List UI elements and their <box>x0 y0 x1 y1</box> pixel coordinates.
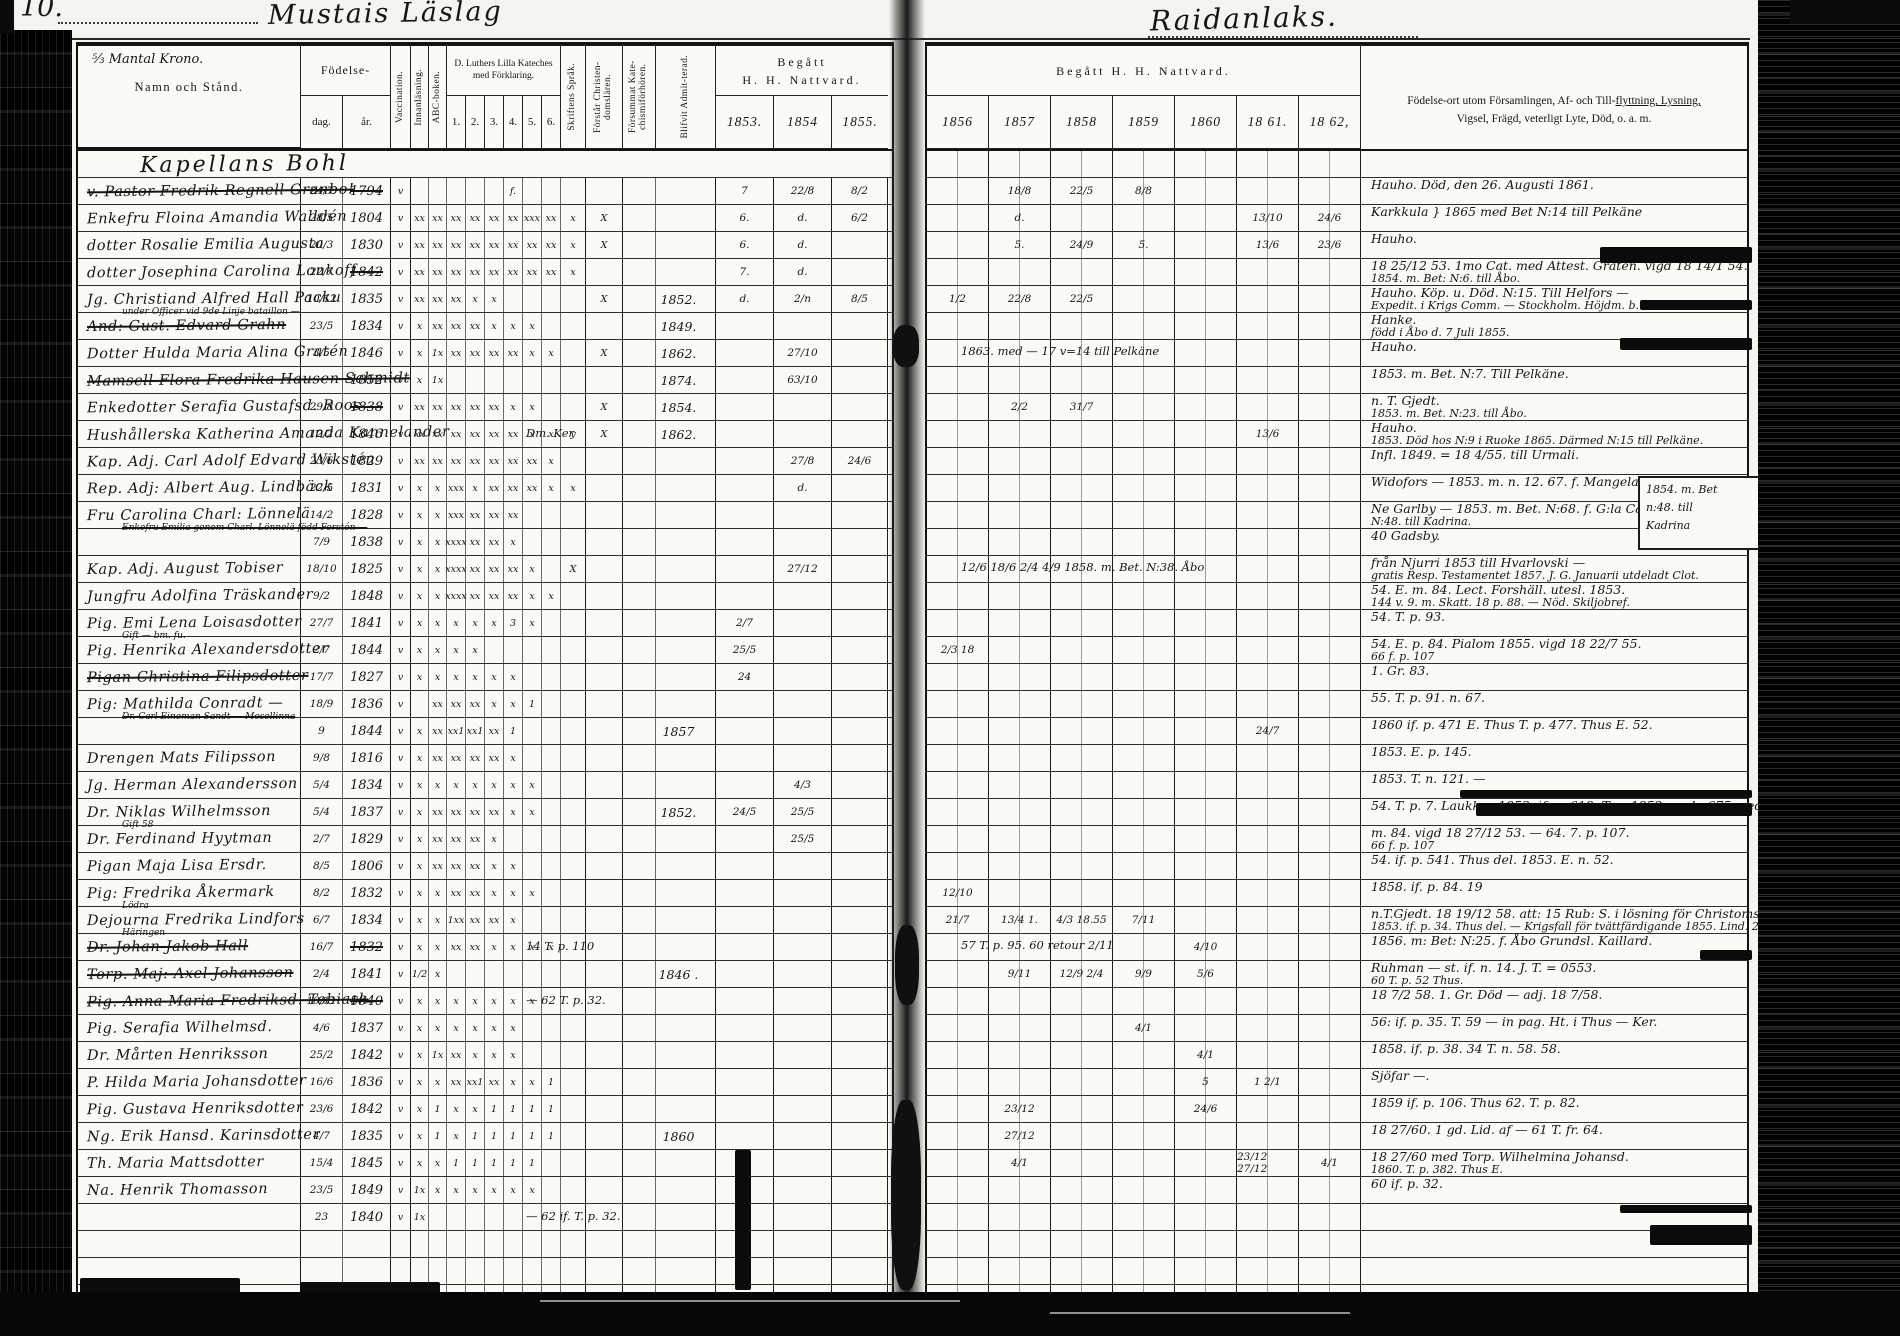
communion-cell-18510 <box>1175 1231 1237 1257</box>
communion-date: 25/5 <box>733 644 757 656</box>
forsummat-header: Försummat Kate-chismiförhören. <box>623 46 656 149</box>
mark-cell: x <box>523 799 542 825</box>
communion-cell-18512: 23/6 <box>1299 232 1361 258</box>
mark-cell: x <box>411 1042 429 1068</box>
mark-cell: x <box>447 1096 466 1122</box>
name-subtext: Enkefru Emilia genom Charl. Lönnelä född… <box>122 523 367 533</box>
communion-cell-1855 <box>832 475 888 501</box>
mark: x <box>510 942 515 953</box>
mark-cell: x <box>485 880 504 906</box>
person-name: Pig. Gustava Henriksdotter <box>87 1100 303 1118</box>
communion-cell-18511 <box>1237 961 1299 987</box>
communion-cell-1854 <box>774 637 832 663</box>
communion-cell-18510 <box>1175 232 1237 258</box>
communion-cell-18511 <box>1237 934 1299 960</box>
mark: 1 <box>491 1104 497 1115</box>
mark-cell <box>523 367 542 393</box>
mark-cell: xx1 <box>466 718 485 744</box>
birth-day: 14/2 <box>310 509 334 521</box>
table-row: 18 25/12 53. 1mo Cat. med Attest. Gratén… <box>927 259 1747 286</box>
communion-cell-18511 <box>1237 340 1299 366</box>
communion-cell-18511 <box>1237 988 1299 1014</box>
mark-cell: x <box>561 475 586 501</box>
mark: xx <box>470 537 481 548</box>
communion-cell-1859 <box>1113 1096 1175 1122</box>
mark-cell: x <box>411 340 429 366</box>
table-row: Dr. Carl Eineman Sandt — Mosellinna91844… <box>78 718 892 745</box>
mark-cell <box>542 1015 561 1041</box>
name-cell: Rep. Adj: Albert Aug. Lindbäck <box>78 475 301 501</box>
mark: 1x <box>432 348 443 359</box>
communion-cell-1857 <box>989 1204 1051 1230</box>
mark-cell: xx <box>411 394 429 420</box>
mark: x <box>417 807 422 818</box>
mark-cell: xx <box>429 799 447 825</box>
scan-artifact <box>1460 790 1752 798</box>
notes-cell: Infl. 1849. = 18 4/55. till Urmali. <box>1361 448 1747 474</box>
mark-cell <box>523 502 542 528</box>
mark-cell <box>561 907 586 933</box>
forsummat-cell <box>623 583 656 609</box>
forstar-header: Förstår Christen-domslären. <box>586 46 623 149</box>
table-row: under Officer vid 9de Linje bataillon —A… <box>78 313 892 340</box>
table-row: 24/71860 if. p. 471 E. Thus T. p. 477. T… <box>927 718 1747 745</box>
mark: x <box>417 483 422 494</box>
name-subtext: Lödra <box>122 901 149 911</box>
communion-cell-1858 <box>1051 637 1113 663</box>
mark-cell: X <box>561 556 586 582</box>
mark-cell <box>542 1042 561 1068</box>
birth-year: 1848 <box>350 589 383 604</box>
mark: 1 <box>472 1158 478 1169</box>
mark-cell <box>523 1258 542 1284</box>
mark-cell <box>485 1231 504 1257</box>
mark-cell: xxxx <box>447 529 466 555</box>
table-row: Pigan Christina Filipsdotter17/71827vxxx… <box>78 664 892 691</box>
birth-year: 1829 <box>350 832 383 847</box>
mark-cell <box>586 799 623 825</box>
mark-cell: v <box>391 259 411 285</box>
birth-day-cell: 23 <box>301 1204 343 1230</box>
table-row: Pig. Anna Maria Fredriksd. Tobiask10/111… <box>78 988 892 1015</box>
table-row: Hanke.född i Åbo d. 7 Juli 1855. <box>927 313 1747 340</box>
forsummat-cell <box>623 610 656 636</box>
birth-year-cell: 1846 <box>343 340 391 366</box>
birth-day-cell: 8/5 <box>301 853 343 879</box>
birth-day-cell: 23/6 <box>301 1096 343 1122</box>
birth-year: 1830 <box>350 238 383 253</box>
mark: x <box>417 348 422 359</box>
mark: xx <box>470 888 481 899</box>
mark-cell <box>542 1177 561 1203</box>
scan-artifact <box>1640 300 1752 310</box>
mark-cell: xxxx <box>447 556 466 582</box>
table-row: Ne Garlby — 1853. m. Bet. N:68. f. G:la … <box>927 502 1747 529</box>
mark-cell: v <box>391 826 411 852</box>
mark: xx <box>470 591 481 602</box>
mark: xx <box>527 483 538 494</box>
mark-cell <box>586 718 623 744</box>
communion-cell-1854 <box>774 745 832 771</box>
mark-cell: xx <box>504 340 523 366</box>
kateches-col-6: 6. <box>542 96 561 149</box>
mark: v <box>398 1023 403 1034</box>
communion-cell-18510 <box>1175 205 1237 231</box>
mark-cell: xx <box>466 205 485 231</box>
birth-year-cell: 1834 <box>343 313 391 339</box>
kateches-col-5: 5. <box>523 96 542 149</box>
communion-cell-18512 <box>1299 340 1361 366</box>
communion-cell-1856 <box>927 826 989 852</box>
mark: x <box>548 456 553 467</box>
mark: x <box>472 1185 477 1196</box>
communion-cell-1856 <box>927 205 989 231</box>
mark: x <box>529 591 534 602</box>
mark-cell: x <box>542 475 561 501</box>
name-subtext: Dr. Carl Eineman Sandt — Mosellinna <box>122 712 295 722</box>
innanlasning-label: Innanläsning. <box>415 69 425 126</box>
table-row: 60 if. p. 32. <box>927 1177 1747 1204</box>
communion-date: 13/4 1. <box>1001 914 1038 926</box>
communion-cell-1856: 12/10 <box>927 880 989 906</box>
mark: v <box>398 699 403 710</box>
birth-year-cell: 1841 <box>343 961 391 987</box>
mark-cell <box>586 907 623 933</box>
communion-cell-1853 <box>716 502 774 528</box>
mark: x <box>435 645 440 656</box>
mark: v <box>398 240 403 251</box>
communion-cell-18511 <box>1237 1015 1299 1041</box>
communion-cell-1853 <box>716 718 774 744</box>
mark: v <box>398 618 403 629</box>
forsummat-cell <box>623 367 656 393</box>
mark-cell: v <box>391 934 411 960</box>
mark: xx <box>451 294 462 305</box>
communion-cell-1855 <box>832 934 888 960</box>
communion-cell-1856: 2/3 18 <box>927 637 989 663</box>
communion-cell-1857 <box>989 448 1051 474</box>
mark: x <box>472 645 477 656</box>
communion-cell-18511 <box>1237 259 1299 285</box>
communion-date: 4/1 <box>1321 1157 1338 1169</box>
communion-cell-1853 <box>716 907 774 933</box>
communion-cell-1857 <box>989 1258 1051 1284</box>
mark: xx <box>489 267 500 278</box>
scan-artifact <box>1476 803 1752 816</box>
mark-cell <box>586 880 623 906</box>
communion-cell-1855 <box>832 907 888 933</box>
mark: xx <box>470 942 481 953</box>
mark-cell <box>523 718 542 744</box>
mark: x <box>491 699 496 710</box>
mark: x <box>548 591 553 602</box>
mark-cell <box>523 286 542 312</box>
communion-cell-18510 <box>1175 718 1237 744</box>
admitted-year: 1854. <box>661 400 697 415</box>
birth-day: 15/4 <box>310 1157 334 1169</box>
mark: xxx <box>524 213 540 224</box>
forsummat-cell <box>623 1204 656 1230</box>
table-row: 18 7/2 58. 1. Gr. Död — adj. 18 7/58. <box>927 988 1747 1015</box>
mark: x <box>570 240 575 251</box>
person-name: Pig. Emi Lena Loisasdotter <box>87 614 302 632</box>
communion-cell-1856 <box>927 718 989 744</box>
mark-cell: xx <box>485 232 504 258</box>
mark: xxxx <box>445 537 466 548</box>
communion-cell-1854 <box>774 1042 832 1068</box>
communion-cell-1859 <box>1113 799 1175 825</box>
person-name: Kap. Adj. Carl Adolf Edvard Wikstén <box>87 451 375 470</box>
mark-cell: x <box>411 826 429 852</box>
communion-cell-1859 <box>1113 772 1175 798</box>
mark-cell <box>447 178 466 204</box>
mark: x <box>510 888 515 899</box>
mark-cell: xx <box>466 880 485 906</box>
kateches-scrawl: — 62 T. p. 32. <box>526 993 606 1007</box>
mark: v <box>398 969 403 980</box>
communion-cell-1853 <box>716 880 774 906</box>
mark-cell: x <box>466 1177 485 1203</box>
communion-cell-1853 <box>716 340 774 366</box>
mark: x <box>417 834 422 845</box>
mark: 1 <box>510 726 516 737</box>
communion-cell-1857 <box>989 151 1051 177</box>
communion-date: 8/2 <box>851 185 868 197</box>
table-row: 1853. m. Bet. N:7. Till Pelkäne. <box>927 367 1747 394</box>
communion-date: 4/1 <box>1011 1157 1028 1169</box>
name-cell: Enkedotter Serafia Gustafsd. Roos <box>78 394 301 420</box>
birth-day-cell: 25/2 <box>301 1042 343 1068</box>
communion-date: 13/6 <box>1256 239 1280 251</box>
mark: x <box>417 564 422 575</box>
mark: xx <box>508 564 519 575</box>
mark-cell: x <box>411 745 429 771</box>
admitted-cell <box>656 205 716 231</box>
communion-cell-1855 <box>832 394 888 420</box>
communion-date: 27/12 <box>787 563 817 575</box>
mark: x <box>529 1077 534 1088</box>
notes-cell: m. 84. vigd 18 27/12 53. — 64. 7. p. 107… <box>1361 826 1747 852</box>
note-text: 1853. E. p. 145. <box>1371 746 1747 759</box>
mark-cell <box>561 1231 586 1257</box>
mark: xx <box>432 267 443 278</box>
begatt-nattvard-header-right: Begått H. H. Nattvard. <box>927 46 1361 96</box>
communion-date: 4/3 18.55 <box>1056 914 1106 926</box>
mark-cell <box>485 1258 504 1284</box>
ledger-scan: 10. Mustais Läslag Raidanlaks. ⁵⁄₃ Manta… <box>0 0 1900 1336</box>
mark: x <box>491 861 496 872</box>
birth-year-cell: 1842 <box>343 1042 391 1068</box>
communion-date: 24/6 <box>1318 212 1342 224</box>
mark-cell: xx <box>542 259 561 285</box>
mark: x <box>417 1050 422 1061</box>
mark: 1 <box>548 1077 554 1088</box>
mark: x <box>435 1023 440 1034</box>
mark: xx <box>414 294 425 305</box>
mark-cell: 1 <box>485 1096 504 1122</box>
communion-cell-18510 <box>1175 691 1237 717</box>
birth-year: 1834 <box>350 913 383 928</box>
communion-cell-1859 <box>1113 1204 1175 1230</box>
mark-cell: xx <box>466 826 485 852</box>
mark-cell: 1 <box>523 691 542 717</box>
communion-cell-18511 <box>1237 1258 1299 1284</box>
begatt-line1: Begått <box>777 53 826 71</box>
mark-cell: xx <box>466 340 485 366</box>
mark-cell: 3 <box>504 610 523 636</box>
communion-cell-1857 <box>989 475 1051 501</box>
mark-cell: 1 <box>504 1123 523 1149</box>
mark-cell: xx <box>485 1069 504 1095</box>
birth-year-cell: 1825 <box>343 556 391 582</box>
table-row: Dr. Mårten Henriksson25/21842vx1xxxxxx <box>78 1042 892 1069</box>
mark: 1x <box>414 1185 425 1196</box>
mark: x <box>570 267 575 278</box>
mark-cell: xx <box>485 502 504 528</box>
mark: x <box>491 888 496 899</box>
communion-cell-18511: 13/10 <box>1237 205 1299 231</box>
mark: xx <box>470 807 481 818</box>
mark-cell: x <box>411 772 429 798</box>
mark-cell: x <box>411 1069 429 1095</box>
forsummat-cell <box>623 826 656 852</box>
communion-cell-18512 <box>1299 1015 1361 1041</box>
mark-cell: x <box>411 1096 429 1122</box>
mark-cell: xx <box>447 880 466 906</box>
mark-cell: x <box>504 745 523 771</box>
mark-cell: x <box>485 1177 504 1203</box>
communion-cell-1854: 22/8 <box>774 178 832 204</box>
notes-cell: Sjöfar —. <box>1361 1069 1747 1095</box>
note-text: 1856. m: Bet: N:25. f. Åbo Grundsl. Kail… <box>1371 935 1747 948</box>
mark: 1 <box>491 1158 497 1169</box>
mark: x <box>417 861 422 872</box>
mark: x <box>435 915 440 926</box>
mark-cell: x <box>561 232 586 258</box>
communion-cell-18511 <box>1237 1231 1299 1257</box>
communion-cell-1858 <box>1051 1096 1113 1122</box>
mark: x <box>491 996 496 1007</box>
communion-cell-18512 <box>1299 718 1361 744</box>
table-row: från Njurri 1853 till Hvarlovski —gratis… <box>927 556 1747 583</box>
mark-cell <box>504 826 523 852</box>
forsummat-cell <box>623 772 656 798</box>
communion-cell-1859 <box>1113 637 1175 663</box>
mark-cell <box>586 1150 623 1176</box>
communion-cell-18512 <box>1299 880 1361 906</box>
mark: x <box>417 1104 422 1115</box>
mark-cell: 1x <box>411 1204 429 1230</box>
mark: xx <box>470 213 481 224</box>
mark: v <box>398 1212 403 1223</box>
communion-cell-1858 <box>1051 1231 1113 1257</box>
mark-cell <box>561 799 586 825</box>
mark: xx <box>451 1077 462 1088</box>
communion-cell-1853 <box>716 529 774 555</box>
mark: xx <box>470 699 481 710</box>
communion-cell-1853: d. <box>716 286 774 312</box>
mark-cell: v <box>391 313 411 339</box>
name-cell: LödraDejourna Fredrika Lindfors <box>78 907 301 933</box>
admitted-year: 1852. <box>661 805 697 820</box>
birth-year-cell: 1840 <box>343 1204 391 1230</box>
mark-cell: x <box>466 637 485 663</box>
table-row: 51 2/1Sjöfar —. <box>927 1069 1747 1096</box>
communion-cell-1853 <box>716 1069 774 1095</box>
left-page-rows: Kapellans Bohlv. Pastor Fredrik Regnell … <box>78 151 892 1336</box>
mark-cell <box>542 313 561 339</box>
mark-cell: x <box>485 664 504 690</box>
name-cell: Dr. Mårten Henriksson <box>78 1042 301 1068</box>
person-name: Ng. Erik Hansd. Karinsdotter <box>87 1127 320 1145</box>
mark-cell: v <box>391 799 411 825</box>
forsummat-cell <box>623 853 656 879</box>
note-text: 55. T. p. 91. n. 67. <box>1371 692 1747 705</box>
communion-cell-1855: 8/5 <box>832 286 888 312</box>
person-name: Dejourna Fredrika Lindfors <box>87 911 305 929</box>
admitted-cell <box>656 259 716 285</box>
mark: x <box>417 618 422 629</box>
mark-cell <box>561 529 586 555</box>
forsummat-cell <box>623 502 656 528</box>
communion-cell-1859 <box>1113 151 1175 177</box>
mark-cell <box>466 367 485 393</box>
mark-cell <box>411 178 429 204</box>
communion-cell-1854: 27/10 <box>774 340 832 366</box>
mark-cell: x <box>411 1015 429 1041</box>
communion-cell-18510: 5/6 <box>1175 961 1237 987</box>
birth-year-cell: 1844 <box>343 718 391 744</box>
mark-cell: X <box>586 421 623 447</box>
note-text-2: 1860. T. p. 382. Thus E. <box>1371 1164 1747 1177</box>
mark: xx <box>451 402 462 413</box>
communion-cell-1857: 9/11 <box>989 961 1051 987</box>
communion-cell-1859 <box>1113 826 1175 852</box>
communion-cell-1859 <box>1113 1042 1175 1068</box>
kateches-scrawl: — 62 if. T. p. 32. <box>526 1209 621 1223</box>
communion-cell-18510 <box>1175 1123 1237 1149</box>
birth-year: 1841 <box>350 616 383 631</box>
mark-cell: x <box>429 502 447 528</box>
mark-cell: xx <box>429 286 447 312</box>
mark: x <box>570 213 575 224</box>
communion-cell-1853 <box>716 1096 774 1122</box>
birth-year: 1837 <box>350 1021 383 1036</box>
kateches-col-1: 1. <box>447 96 466 149</box>
communion-cell-1855 <box>832 1231 888 1257</box>
communion-cell-1856 <box>927 1150 989 1176</box>
mark-cell <box>542 502 561 528</box>
communion-cell-1858 <box>1051 583 1113 609</box>
mark: xx <box>489 807 500 818</box>
communion-cell-1853 <box>716 313 774 339</box>
mark: v <box>398 537 403 548</box>
communion-cell-1856 <box>927 178 989 204</box>
mark: x <box>417 726 422 737</box>
communion-cell-18511 <box>1237 1042 1299 1068</box>
mark-cell <box>561 1015 586 1041</box>
communion-cell-1856 <box>927 1123 989 1149</box>
table-row: v. Pastor Fredrik Regnell Granbo!24/7179… <box>78 178 892 205</box>
mark-cell: xx <box>504 475 523 501</box>
communion-cell-18510 <box>1175 394 1237 420</box>
mark-cell: xx <box>504 583 523 609</box>
person-name: Na. Henrik Thomasson <box>87 1181 268 1199</box>
mark: xx <box>470 402 481 413</box>
admitted-cell <box>656 1204 716 1230</box>
mark: xx <box>470 267 481 278</box>
notes-cell: n.T.Gjedt. 18 19/12 58. att: 15 Rub: S. … <box>1361 907 1747 933</box>
